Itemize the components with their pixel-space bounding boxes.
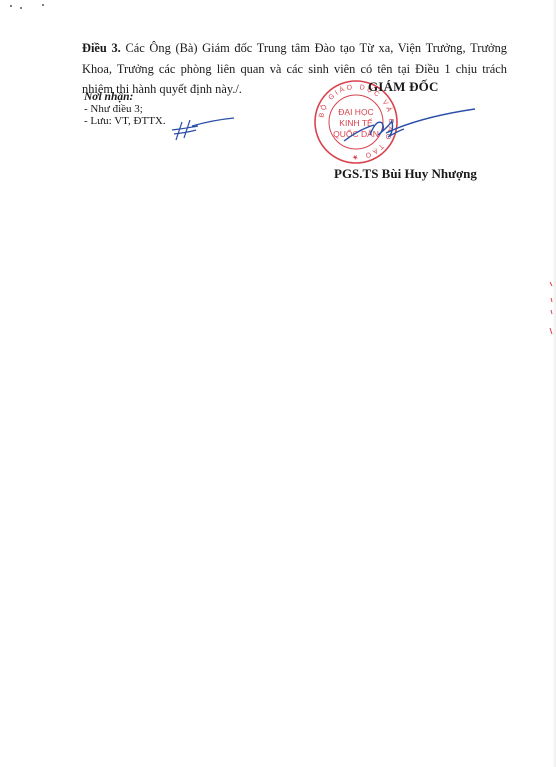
recipients-block: Nơi nhận: - Như điều 3; - Lưu: VT, ĐTTX. <box>84 91 166 127</box>
director-signature <box>330 105 480 145</box>
recipient-item: - Lưu: VT, ĐTTX. <box>84 115 166 127</box>
signer-position: GIÁM ĐỐC <box>368 79 439 95</box>
signer-name: PGS.TS Bùi Huy Nhượng <box>334 166 477 182</box>
recipient-item: - Như điều 3; <box>84 103 166 115</box>
recipients-title: Nơi nhận: <box>84 91 166 103</box>
article-3-label: Điều 3. <box>82 41 121 55</box>
edge-stamp-fragment <box>546 280 554 340</box>
initial-signature <box>168 112 238 144</box>
scan-specks <box>8 4 48 10</box>
